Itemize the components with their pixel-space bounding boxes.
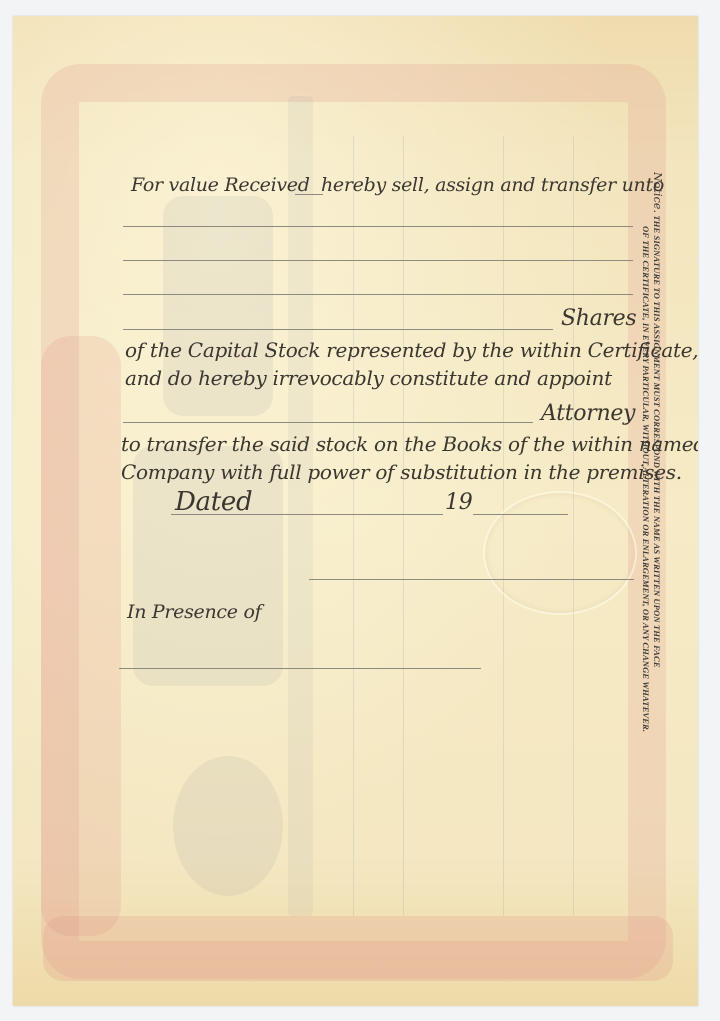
bleed-line: [353, 136, 354, 916]
transfer-text: to transfer the said stock on the Books …: [121, 432, 698, 456]
assignee-line-2[interactable]: [123, 260, 633, 261]
certificate-back: For value Received hereby sell, assign a…: [13, 16, 698, 1006]
year-prefix: 19: [445, 490, 472, 515]
title-bleed: [288, 96, 313, 916]
shares-count-line[interactable]: [123, 329, 553, 330]
company-substitution-text: Company with full power of substitution …: [121, 460, 682, 484]
year-line[interactable]: [473, 514, 568, 515]
dated-label: Dated: [175, 487, 252, 517]
assignee-line-1[interactable]: [123, 226, 633, 227]
notice-lead: Notice.: [651, 172, 664, 213]
embossed-seal: [483, 491, 637, 615]
bleed-line: [403, 136, 404, 916]
signature-line[interactable]: [309, 579, 634, 580]
assignor-blank: [295, 194, 323, 195]
attorney-name-line[interactable]: [123, 422, 533, 423]
shares-label: Shares: [561, 306, 636, 331]
assignee-line-3[interactable]: [123, 294, 633, 295]
for-value-received-text: For value Received: [131, 174, 310, 196]
seal-vignette-bleed: [173, 756, 283, 896]
capital-stock-text: of the Capital Stock represented by the …: [125, 338, 698, 362]
notice-line-1: Notice. THE SIGNATURE TO THIS ASSIGNMENT…: [651, 172, 664, 668]
witness-line[interactable]: [119, 668, 481, 669]
attorney-label: Attorney: [541, 401, 635, 426]
sell-assign-transfer-text: hereby sell, assign and transfer unto: [321, 174, 664, 196]
appoint-text: and do hereby irrevocably constitute and…: [125, 366, 612, 390]
notice-text-2: OF THE CERTIFICATE, IN EVERY PARTICULAR,…: [641, 226, 651, 732]
date-line[interactable]: [171, 514, 443, 515]
notice-text-1: THE SIGNATURE TO THIS ASSIGNMENT MUST CO…: [652, 215, 662, 667]
in-presence-of-label: In Presence of: [127, 601, 261, 623]
engraved-border-bottom-bleed: [43, 916, 673, 981]
notice-line-2: OF THE CERTIFICATE, IN EVERY PARTICULAR,…: [641, 226, 651, 732]
engraved-border-left-bleed: [41, 336, 121, 936]
